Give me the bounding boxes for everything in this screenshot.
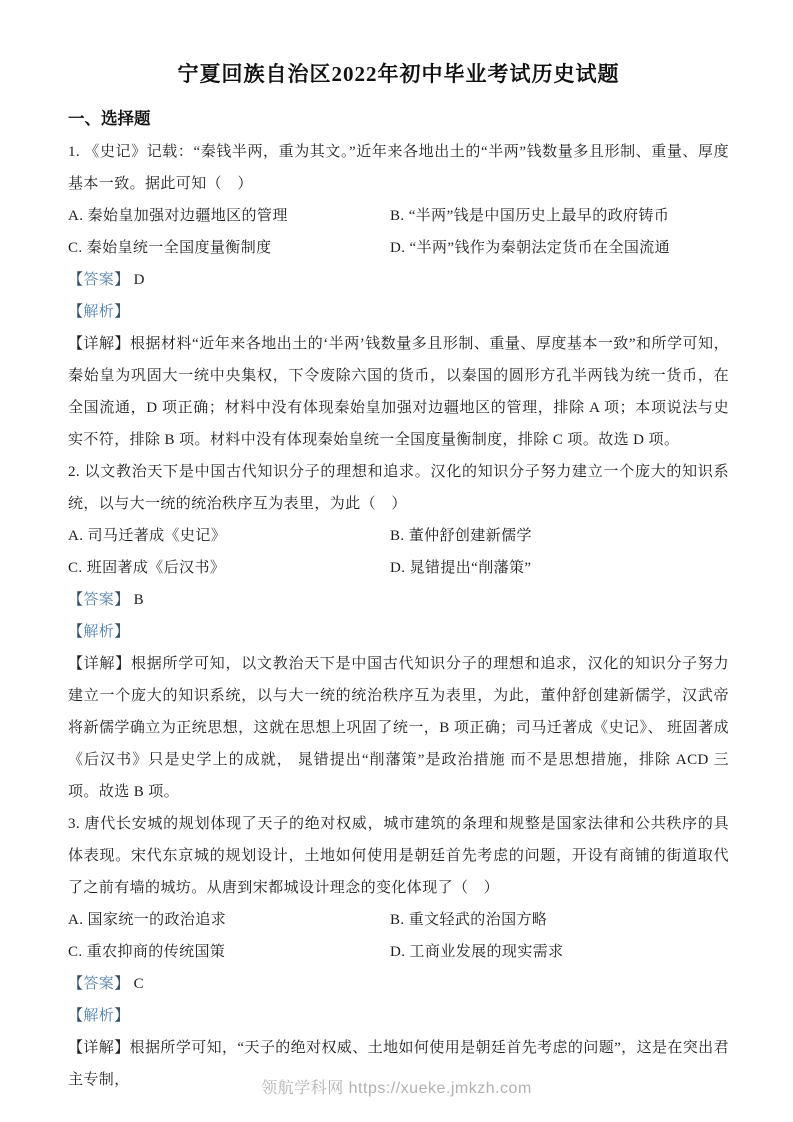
options-row: A. 国家统一的政治追求 B. 重文轻武的治国方略 xyxy=(68,904,729,936)
watermark: 领航学科网 https://xueke.jmkzh.com xyxy=(0,1075,793,1098)
question-stem: 2. 以文教治天下是中国古代知识分子的理想和追求。汉化的知识分子努力建立一个庞大… xyxy=(68,456,729,520)
document-page: 宁夏回族自治区2022年初中毕业考试历史试题 一、选择题 1. 《史记》记载：“… xyxy=(0,0,793,1122)
answer-value: D xyxy=(134,272,145,288)
question-2: 2. 以文教治天下是中国古代知识分子的理想和追求。汉化的知识分子努力建立一个庞大… xyxy=(68,456,729,808)
bracket-open: 【 xyxy=(68,304,83,320)
question-stem: 1. 《史记》记载：“秦钱半两，重为其文。”近年来各地出土的“半两”钱数量多且形… xyxy=(68,136,729,200)
detail-text: 根据所学可知，以文教治天下是中国古代知识分子的理想和追求，汉化的知识分子努力建立… xyxy=(68,656,729,800)
bracket-close: 】 xyxy=(114,304,129,320)
bracket-open: 【 xyxy=(68,592,83,608)
detail-paragraph: 【详解】根据材料“近年来各地出土的‘半两’钱数量多且形制、重量、厚度基本一致”和… xyxy=(68,328,729,456)
option-a: A. 国家统一的政治追求 xyxy=(68,904,390,936)
analysis-line: 【解析】 xyxy=(68,296,729,328)
page-title: 宁夏回族自治区2022年初中毕业考试历史试题 xyxy=(68,58,729,90)
options-row: A. 司马迁著成《史记》 B. 董仲舒创建新儒学 xyxy=(68,520,729,552)
option-c: C. 班固著成《后汉书》 xyxy=(68,552,390,584)
detail-label: 【详解】 xyxy=(68,656,131,672)
section-heading: 一、选择题 xyxy=(68,102,729,136)
bracket-open: 【 xyxy=(68,1008,83,1024)
options-row: A. 秦始皇加强对边疆地区的管理 B. “半两”钱是中国历史上最早的政府铸币 xyxy=(68,200,729,232)
bracket-close: 】 xyxy=(114,272,129,288)
bracket-close: 】 xyxy=(114,624,129,640)
bracket-open: 【 xyxy=(68,272,83,288)
answer-value: C xyxy=(134,976,144,992)
answer-line: 【答案】B xyxy=(68,584,729,616)
answer-line: 【答案】C xyxy=(68,968,729,1000)
document-content: 宁夏回族自治区2022年初中毕业考试历史试题 一、选择题 1. 《史记》记载：“… xyxy=(68,58,729,1096)
answer-value: B xyxy=(134,592,144,608)
answer-line: 【答案】D xyxy=(68,264,729,296)
question-stem: 3. 唐代长安城的规划体现了天子的绝对权威，城市建筑的条理和规整是国家法律和公共… xyxy=(68,808,729,904)
option-a: A. 司马迁著成《史记》 xyxy=(68,520,390,552)
option-c: C. 重农抑商的传统国策 xyxy=(68,936,390,968)
detail-text: 根据材料“近年来各地出土的‘半两’钱数量多且形制、重量、厚度基本一致”和所学可知… xyxy=(68,336,729,448)
bracket-open: 【 xyxy=(68,976,83,992)
analysis-label: 解析 xyxy=(83,624,114,640)
options-row: C. 重农抑商的传统国策 D. 工商业发展的现实需求 xyxy=(68,936,729,968)
bracket-close: 】 xyxy=(114,976,129,992)
bracket-open: 【 xyxy=(68,624,83,640)
option-d: D. 工商业发展的现实需求 xyxy=(390,936,564,968)
option-d: D. 晁错提出“削藩策” xyxy=(390,552,531,584)
question-1: 1. 《史记》记载：“秦钱半两，重为其文。”近年来各地出土的“半两”钱数量多且形… xyxy=(68,136,729,456)
question-3: 3. 唐代长安城的规划体现了天子的绝对权威，城市建筑的条理和规整是国家法律和公共… xyxy=(68,808,729,1096)
bracket-close: 】 xyxy=(114,1008,129,1024)
option-c: C. 秦始皇统一全国度量衡制度 xyxy=(68,232,390,264)
analysis-label: 解析 xyxy=(83,304,114,320)
options-row: C. 秦始皇统一全国度量衡制度 D. “半两”钱作为秦朝法定货币在全国流通 xyxy=(68,232,729,264)
option-b: B. 董仲舒创建新儒学 xyxy=(390,520,532,552)
bracket-close: 】 xyxy=(114,592,129,608)
detail-label: 【详解】 xyxy=(68,336,130,352)
detail-label: 【详解】 xyxy=(68,1040,130,1056)
answer-label: 答案 xyxy=(83,592,114,608)
option-b: B. 重文轻武的治国方略 xyxy=(390,904,547,936)
options-row: C. 班固著成《后汉书》 D. 晁错提出“削藩策” xyxy=(68,552,729,584)
answer-label: 答案 xyxy=(83,976,114,992)
option-a: A. 秦始皇加强对边疆地区的管理 xyxy=(68,200,390,232)
detail-paragraph: 【详解】根据所学可知，以文教治天下是中国古代知识分子的理想和追求，汉化的知识分子… xyxy=(68,648,729,808)
option-d: D. “半两”钱作为秦朝法定货币在全国流通 xyxy=(390,232,670,264)
answer-label: 答案 xyxy=(83,272,114,288)
option-b: B. “半两”钱是中国历史上最早的政府铸币 xyxy=(390,200,669,232)
analysis-line: 【解析】 xyxy=(68,1000,729,1032)
analysis-line: 【解析】 xyxy=(68,616,729,648)
analysis-label: 解析 xyxy=(83,1008,114,1024)
